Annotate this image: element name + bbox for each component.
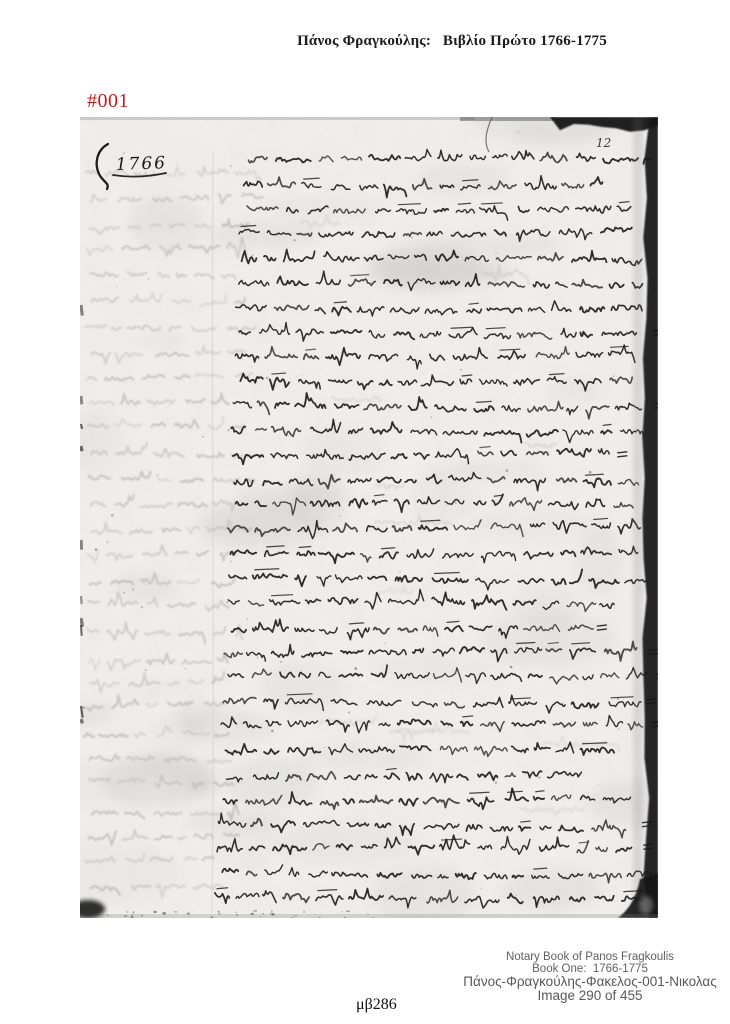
page-number: μβ286 [356,996,397,1014]
paper-texture [80,117,658,918]
record-number-label: #001 [87,90,129,113]
caption-line-3: Πάνος-Φραγκούλης-Φακελος-001-Νικολας [450,975,730,989]
year-mark-1766: 1766 [115,153,167,175]
caption-line-4: Image 290 of 455 [450,989,730,1003]
footer-caption: Notary Book of Panos Fragkoulis Book One… [450,951,730,1003]
manuscript-scan-svg: 1766 12 [80,117,658,918]
caption-line-1: Notary Book of Panos Fragkoulis [450,951,730,963]
document-page: Πάνος Φραγκούλης: Βιβλίο Πρώτο 1766-1775… [0,0,730,1024]
manuscript-scan-image: 1766 12 [80,117,658,918]
folio-number-mark: 12 [596,136,611,150]
page-title: Πάνος Φραγκούλης: Βιβλίο Πρώτο 1766-1775 [174,33,730,50]
